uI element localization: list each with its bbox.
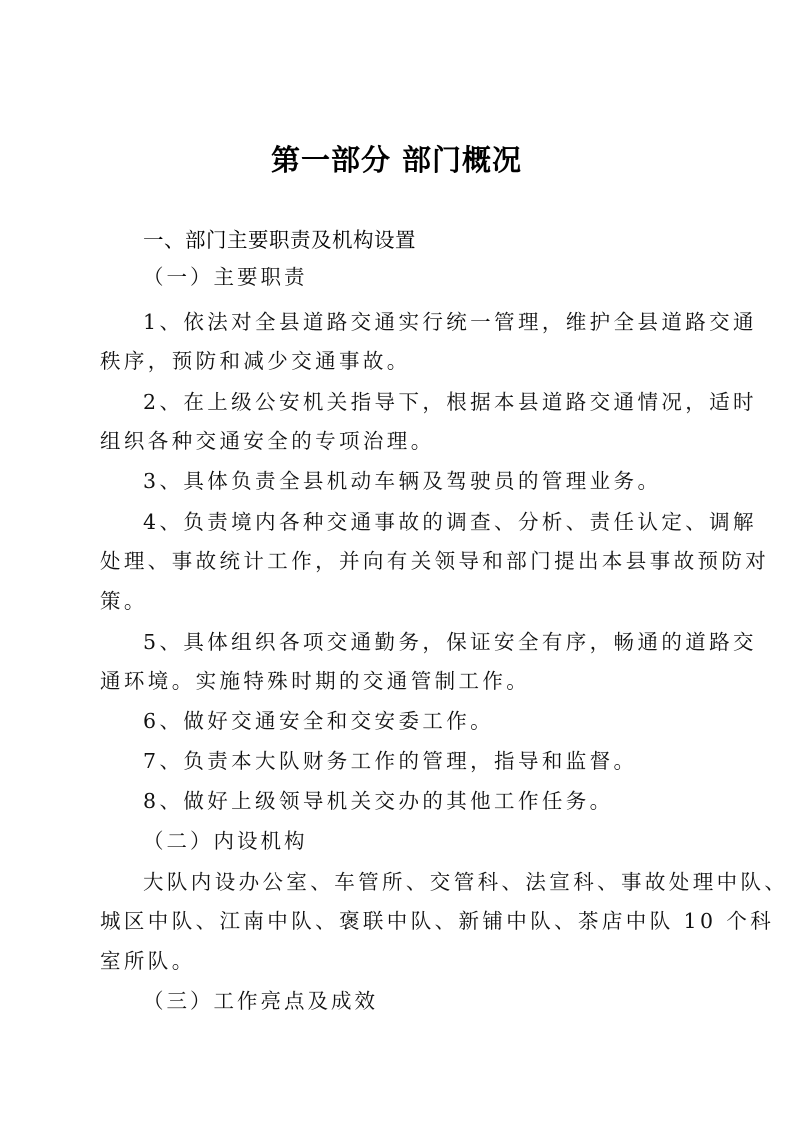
section-heading: 一、部门主要职责及机构设置 (143, 228, 416, 252)
duty-7: 7、负责本大队财务工作的管理，指导和监督。 (143, 749, 637, 773)
duty-2-line-1: 2、在上级公安机关指导下，根据本县道路交通情况，适时 (143, 390, 757, 414)
duty-3: 3、具体负责全县机动车辆及驾驶员的管理业务。 (143, 469, 661, 493)
duty-2-line-2: 组织各种交通安全的专项治理。 (100, 429, 435, 453)
subsection-heading-highlights: （三）工作亮点及成效 (143, 989, 378, 1013)
duty-4-line-2: 处理、事故统计工作，并向有关领导和部门提出本县事故预防对 (100, 549, 769, 573)
subsection-heading-structure: （二）内设机构 (143, 829, 308, 853)
duty-4-line-1: 4、负责境内各种交通事故的调查、分析、责任认定、调解 (143, 510, 757, 534)
duty-8: 8、做好上级领导机关交办的其他工作任务。 (143, 789, 614, 813)
page-title: 第一部分 部门概况 (0, 138, 793, 179)
structure-line-2: 城区中队、江南中队、褒联中队、新铺中队、茶店中队 10 个科 (100, 909, 774, 933)
structure-line-1: 大队内设办公室、车管所、交管科、法宣科、事故处理中队、 (143, 870, 788, 894)
structure-line-3: 室所队。 (100, 949, 196, 973)
duty-4-line-3: 策。 (100, 589, 148, 613)
duty-1-line-1: 1、依法对全县道路交通实行统一管理，维护全县道路交通 (143, 310, 757, 334)
duty-1-line-2: 秩序，预防和减少交通事故。 (100, 349, 411, 373)
document-page: 第一部分 部门概况 一、部门主要职责及机构设置 （一）主要职责 1、依法对全县道… (0, 0, 793, 1122)
duty-5-line-2: 通环境。实施特殊时期的交通管制工作。 (100, 669, 530, 693)
duty-6: 6、做好交通安全和交安委工作。 (143, 709, 494, 733)
subsection-heading-duties: （一）主要职责 (143, 265, 308, 289)
duty-5-line-1: 5、具体组织各项交通勤务，保证安全有序，畅通的道路交 (143, 630, 757, 654)
